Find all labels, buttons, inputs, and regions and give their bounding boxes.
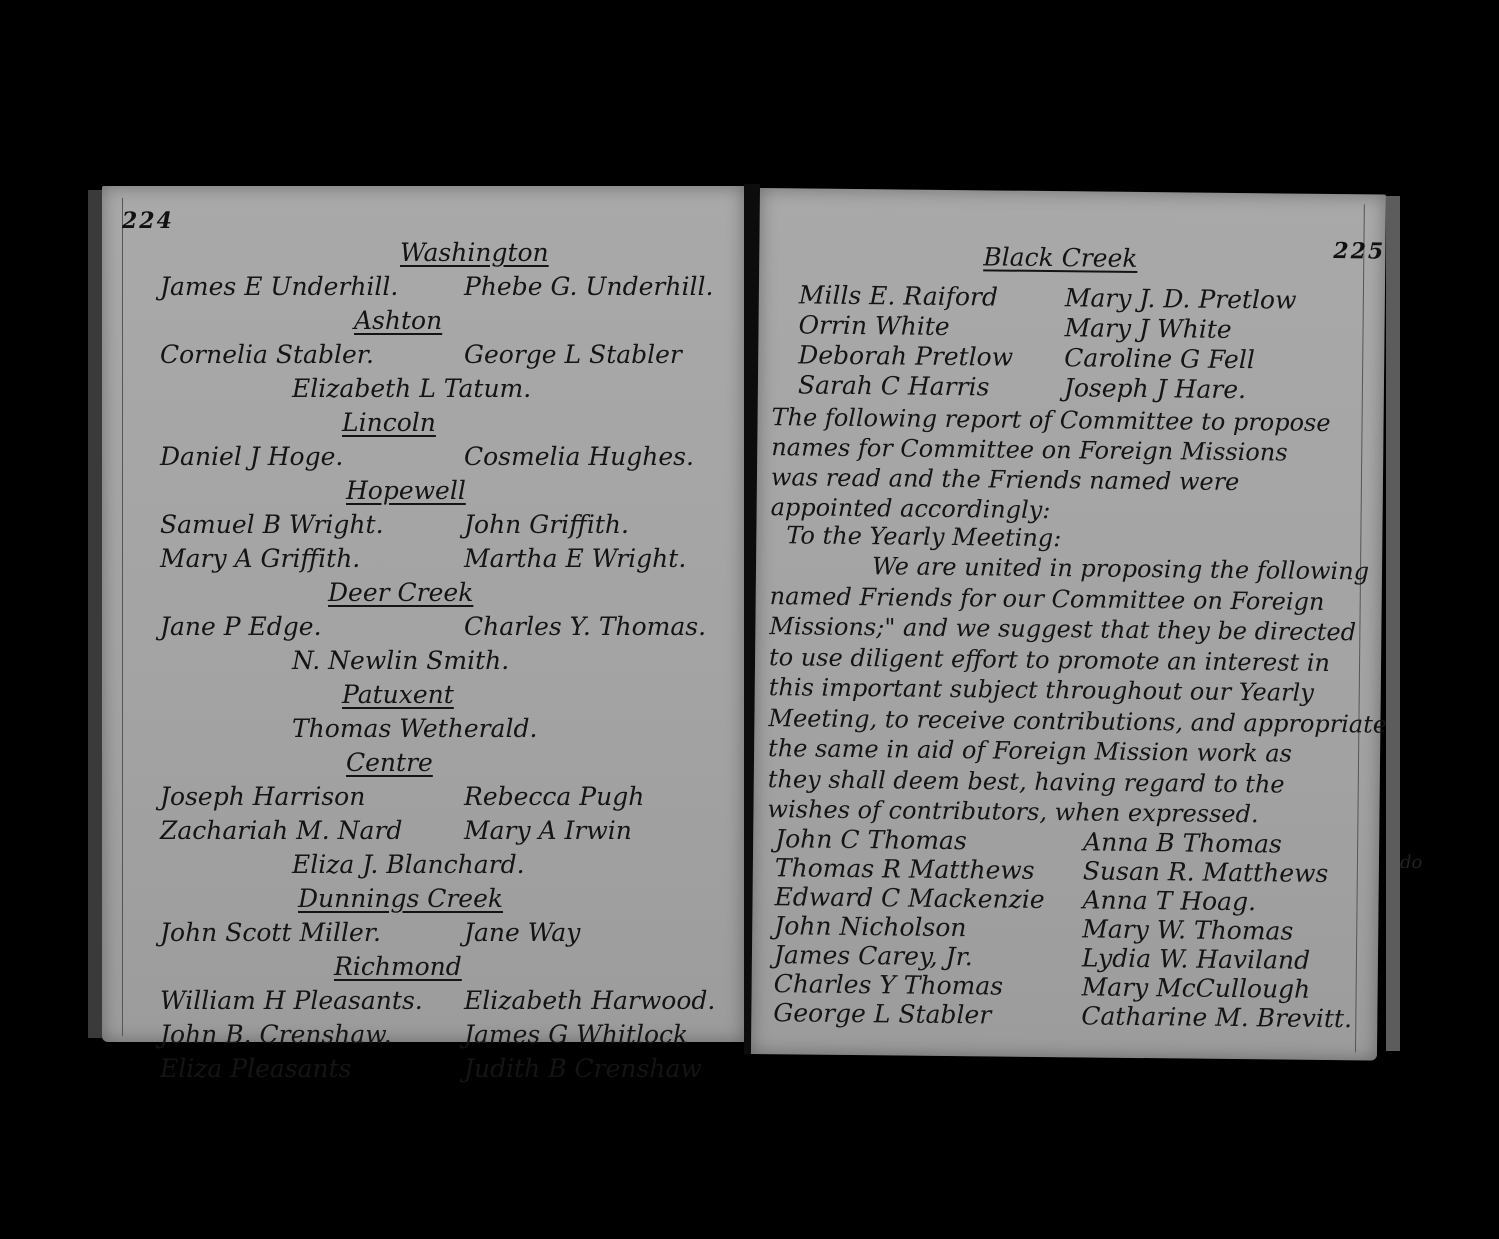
member-name: Joseph J Hare.	[1064, 373, 1246, 404]
member-name: Daniel J Hoge.	[160, 442, 343, 471]
member-name: Martha E Wright.	[464, 544, 686, 573]
section-heading: Centre	[346, 748, 433, 777]
committee-member: Lydia W. Haviland	[1082, 943, 1310, 974]
member-name: Mary A Irwin	[464, 816, 632, 845]
member-name: Elizabeth Harwood.	[464, 986, 715, 1015]
member-name: John Griffith.	[464, 510, 629, 539]
member-name: Cornelia Stabler.	[160, 340, 374, 369]
black-creek-names: Mills E. RaifordMary J. D. PretlowOrrin …	[760, 188, 1386, 195]
member-name: Mary A Griffith.	[160, 544, 360, 573]
section-heading: Ashton	[354, 306, 442, 335]
section-heading: Patuxent	[342, 680, 454, 709]
section-heading: Hopewell	[346, 476, 466, 505]
member-name: Deborah Pretlow	[798, 340, 1013, 371]
section-heading: Washington	[400, 238, 549, 267]
committee-member: John C Thomas	[775, 824, 967, 855]
member-name: Judith B Crenshaw	[464, 1054, 702, 1083]
report-intro-paragraph: The following report of Committee to pro…	[760, 188, 1386, 195]
member-name: Mills E. Raiford	[799, 280, 998, 311]
committee-member: John Nicholson	[774, 911, 967, 942]
page-number-left: 224	[122, 208, 174, 234]
member-name: James G Whitlock	[464, 1020, 688, 1049]
committee-member: Catharine M. Brevitt.	[1081, 1001, 1352, 1033]
committee-names: John C ThomasAnna B ThomasThomas R Matth…	[760, 188, 1386, 195]
member-name: Mary J. D. Pretlow	[1065, 283, 1297, 314]
ledger-spread: 224 WashingtonJames E Underhill.Phebe G.…	[0, 0, 1499, 1239]
right-page: 225 Black Creek Mills E. RaifordMary J. …	[751, 188, 1386, 1061]
member-name: Orrin White	[798, 310, 949, 341]
member-name: N. Newlin Smith.	[292, 646, 509, 675]
member-name: Thomas Wetherald.	[292, 714, 537, 743]
committee-member: Edward C Mackenzie	[774, 882, 1044, 914]
committee-member: George L Stabler	[773, 998, 991, 1029]
member-name: George L Stabler	[464, 340, 682, 369]
member-name: Cosmelia Hughes.	[464, 442, 694, 471]
committee-member: Mary W. Thomas	[1082, 914, 1293, 945]
member-name: Joseph Harrison	[160, 782, 365, 811]
report-body-paragraph: We are united in proposing the following…	[760, 188, 1386, 195]
member-name: Jane Way	[464, 918, 580, 947]
committee-member: James Carey, Jr.	[774, 940, 973, 971]
margin-rule	[122, 198, 123, 1036]
page-stack-left	[88, 190, 102, 1038]
section-heading: Deer Creek	[328, 578, 473, 607]
margin-rule	[1355, 204, 1365, 1052]
member-name: Eliza J. Blanchard.	[292, 850, 525, 879]
committee-member: Thomas R Matthews	[775, 853, 1035, 885]
section-heading: Dunnings Creek	[298, 884, 503, 913]
member-name: Caroline G Fell	[1064, 343, 1255, 374]
section-heading: Lincoln	[342, 408, 436, 437]
member-name: Phebe G. Underhill.	[464, 272, 713, 301]
section-heading-black-creek: Black Creek	[983, 242, 1137, 273]
section-heading: Richmond	[334, 952, 462, 981]
left-page: 224 WashingtonJames E Underhill.Phebe G.…	[102, 186, 744, 1042]
member-name: Samuel B Wright.	[160, 510, 384, 539]
page-number-right: 225	[1333, 238, 1385, 265]
member-name: Zachariah M. Nard	[160, 816, 402, 845]
committee-member: Anna B Thomas	[1083, 827, 1282, 858]
salutation: To the Yearly Meeting:	[786, 520, 1061, 553]
committee-member: Charles Y Thomas	[774, 969, 1004, 1000]
member-name: James E Underhill.	[160, 272, 398, 301]
member-name: Charles Y. Thomas.	[464, 612, 706, 641]
member-name: John Scott Miller.	[160, 918, 381, 947]
member-name: Rebecca Pugh	[464, 782, 644, 811]
member-name: Eliza Pleasants	[160, 1054, 352, 1083]
committee-member: Anna T Hoag.	[1082, 885, 1256, 916]
member-name: John B. Crenshaw.	[160, 1020, 392, 1049]
member-name: Mary J White	[1064, 313, 1231, 344]
committee-member: Mary McCullough	[1081, 972, 1310, 1003]
committee-member: Susan R. Matthews	[1083, 856, 1329, 888]
member-name: Jane P Edge.	[160, 612, 322, 641]
member-name: Elizabeth L Tatum.	[292, 374, 531, 403]
margin-note: do	[1400, 852, 1422, 873]
member-name: William H Pleasants.	[160, 986, 423, 1015]
member-name: Sarah C Harris	[798, 370, 990, 401]
page-stack-right	[1386, 196, 1400, 1051]
